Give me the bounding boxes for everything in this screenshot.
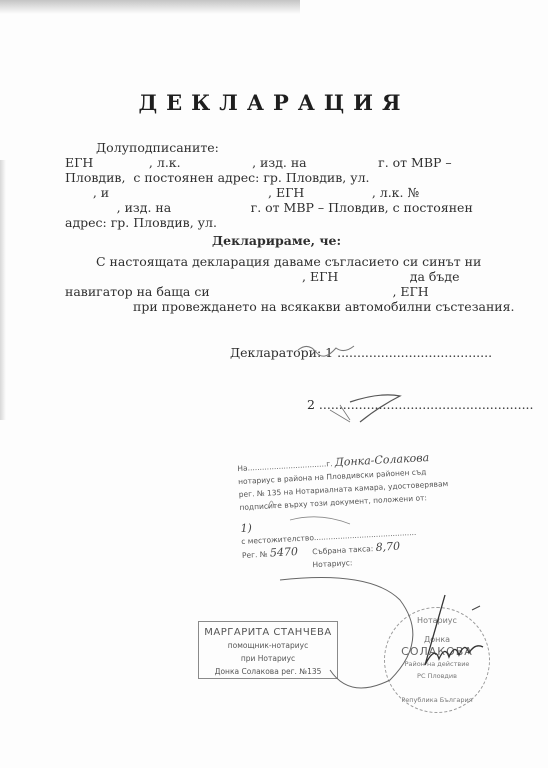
scanned-document-page: ДЕКЛАРАЦИЯ Долуподписаните: ЕГН , л.к. ,… — [0, 0, 548, 768]
handwritten-signatures — [0, 0, 548, 768]
